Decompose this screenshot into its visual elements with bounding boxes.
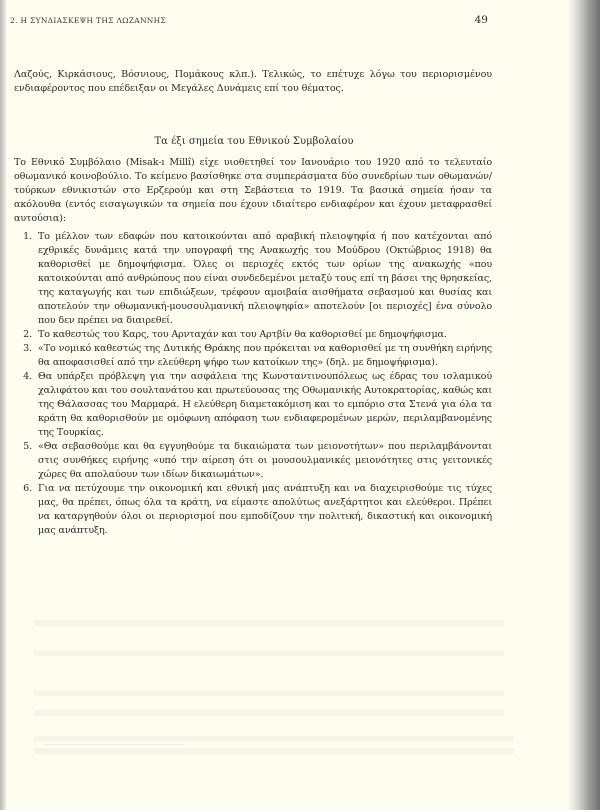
list-item-5: 5. «Θα σεβασθούμε και θα εγγυηθούμε τα δ…: [14, 440, 492, 482]
page-edge-shadow: [568, 0, 600, 810]
list-number: 6.: [14, 482, 36, 538]
list-text: Θα υπάρξει πρόβλεψη για την ασφάλεια της…: [36, 370, 492, 440]
list-number: 4.: [14, 370, 36, 440]
list-text: Το μέλλον των εδαφών που κατοικούνται απ…: [36, 230, 492, 328]
points-list: 1. Το μέλλον των εδαφών που κατοικούνται…: [14, 230, 492, 538]
list-text: Το καθεστώς του Καρς, του Αρνταχάν και τ…: [36, 328, 492, 342]
footnote-rule: [44, 744, 184, 745]
chapter-running-title: 2. Η ΣΥΝΔΙΑΣΚΕΨΗ ΤΗΣ ΛΩΖΑΝΝΗΣ: [10, 16, 166, 25]
bleed-through-text: [34, 710, 504, 716]
running-header: 2. Η ΣΥΝΔΙΑΣΚΕΨΗ ΤΗΣ ΛΩΖΑΝΝΗΣ 49: [10, 14, 488, 26]
section-heading: Τα έξι σημεία του Εθνικού Συμβολαίου: [14, 136, 494, 147]
section-paragraph: Το Εθνικό Συμβόλαιο (Misak-ı Millî) είχε…: [14, 156, 492, 226]
list-item-3: 3. «Το νομικό καθεστώς της Δυτικής Θράκη…: [14, 342, 492, 370]
list-number: 1.: [14, 230, 36, 328]
intro-paragraph: Λαζούς, Κιρκάσιους, Βόσνιους, Πομάκους κ…: [14, 68, 492, 96]
bleed-through-text: [34, 650, 504, 656]
list-text: «Θα σεβασθούμε και θα εγγυηθούμε τα δικα…: [36, 440, 492, 482]
list-number: 3.: [14, 342, 36, 370]
list-number: 5.: [14, 440, 36, 482]
list-item-1: 1. Το μέλλον των εδαφών που κατοικούνται…: [14, 230, 492, 328]
bleed-through-text: [34, 620, 504, 626]
bleed-through-text: [34, 690, 504, 696]
page-number: 49: [475, 14, 488, 26]
list-text: Για να πετύχουμε την οικονομική και εθνι…: [36, 482, 492, 538]
bleed-through-footnote: [34, 736, 514, 742]
bleed-through-footnote: [34, 748, 514, 754]
list-item-6: 6. Για να πετύχουμε την οικονομική και ε…: [14, 482, 492, 538]
page-gutter-shadow: [0, 0, 6, 810]
book-page: 2. Η ΣΥΝΔΙΑΣΚΕΨΗ ΤΗΣ ΛΩΖΑΝΝΗΣ 49 Λαζούς,…: [14, 0, 514, 810]
list-number: 2.: [14, 328, 36, 342]
list-item-4: 4. Θα υπάρξει πρόβλεψη για την ασφάλεια …: [14, 370, 492, 440]
list-text: «Το νομικό καθεστώς της Δυτικής Θράκης π…: [36, 342, 492, 370]
list-item-2: 2. Το καθεστώς του Καρς, του Αρνταχάν κα…: [14, 328, 492, 342]
